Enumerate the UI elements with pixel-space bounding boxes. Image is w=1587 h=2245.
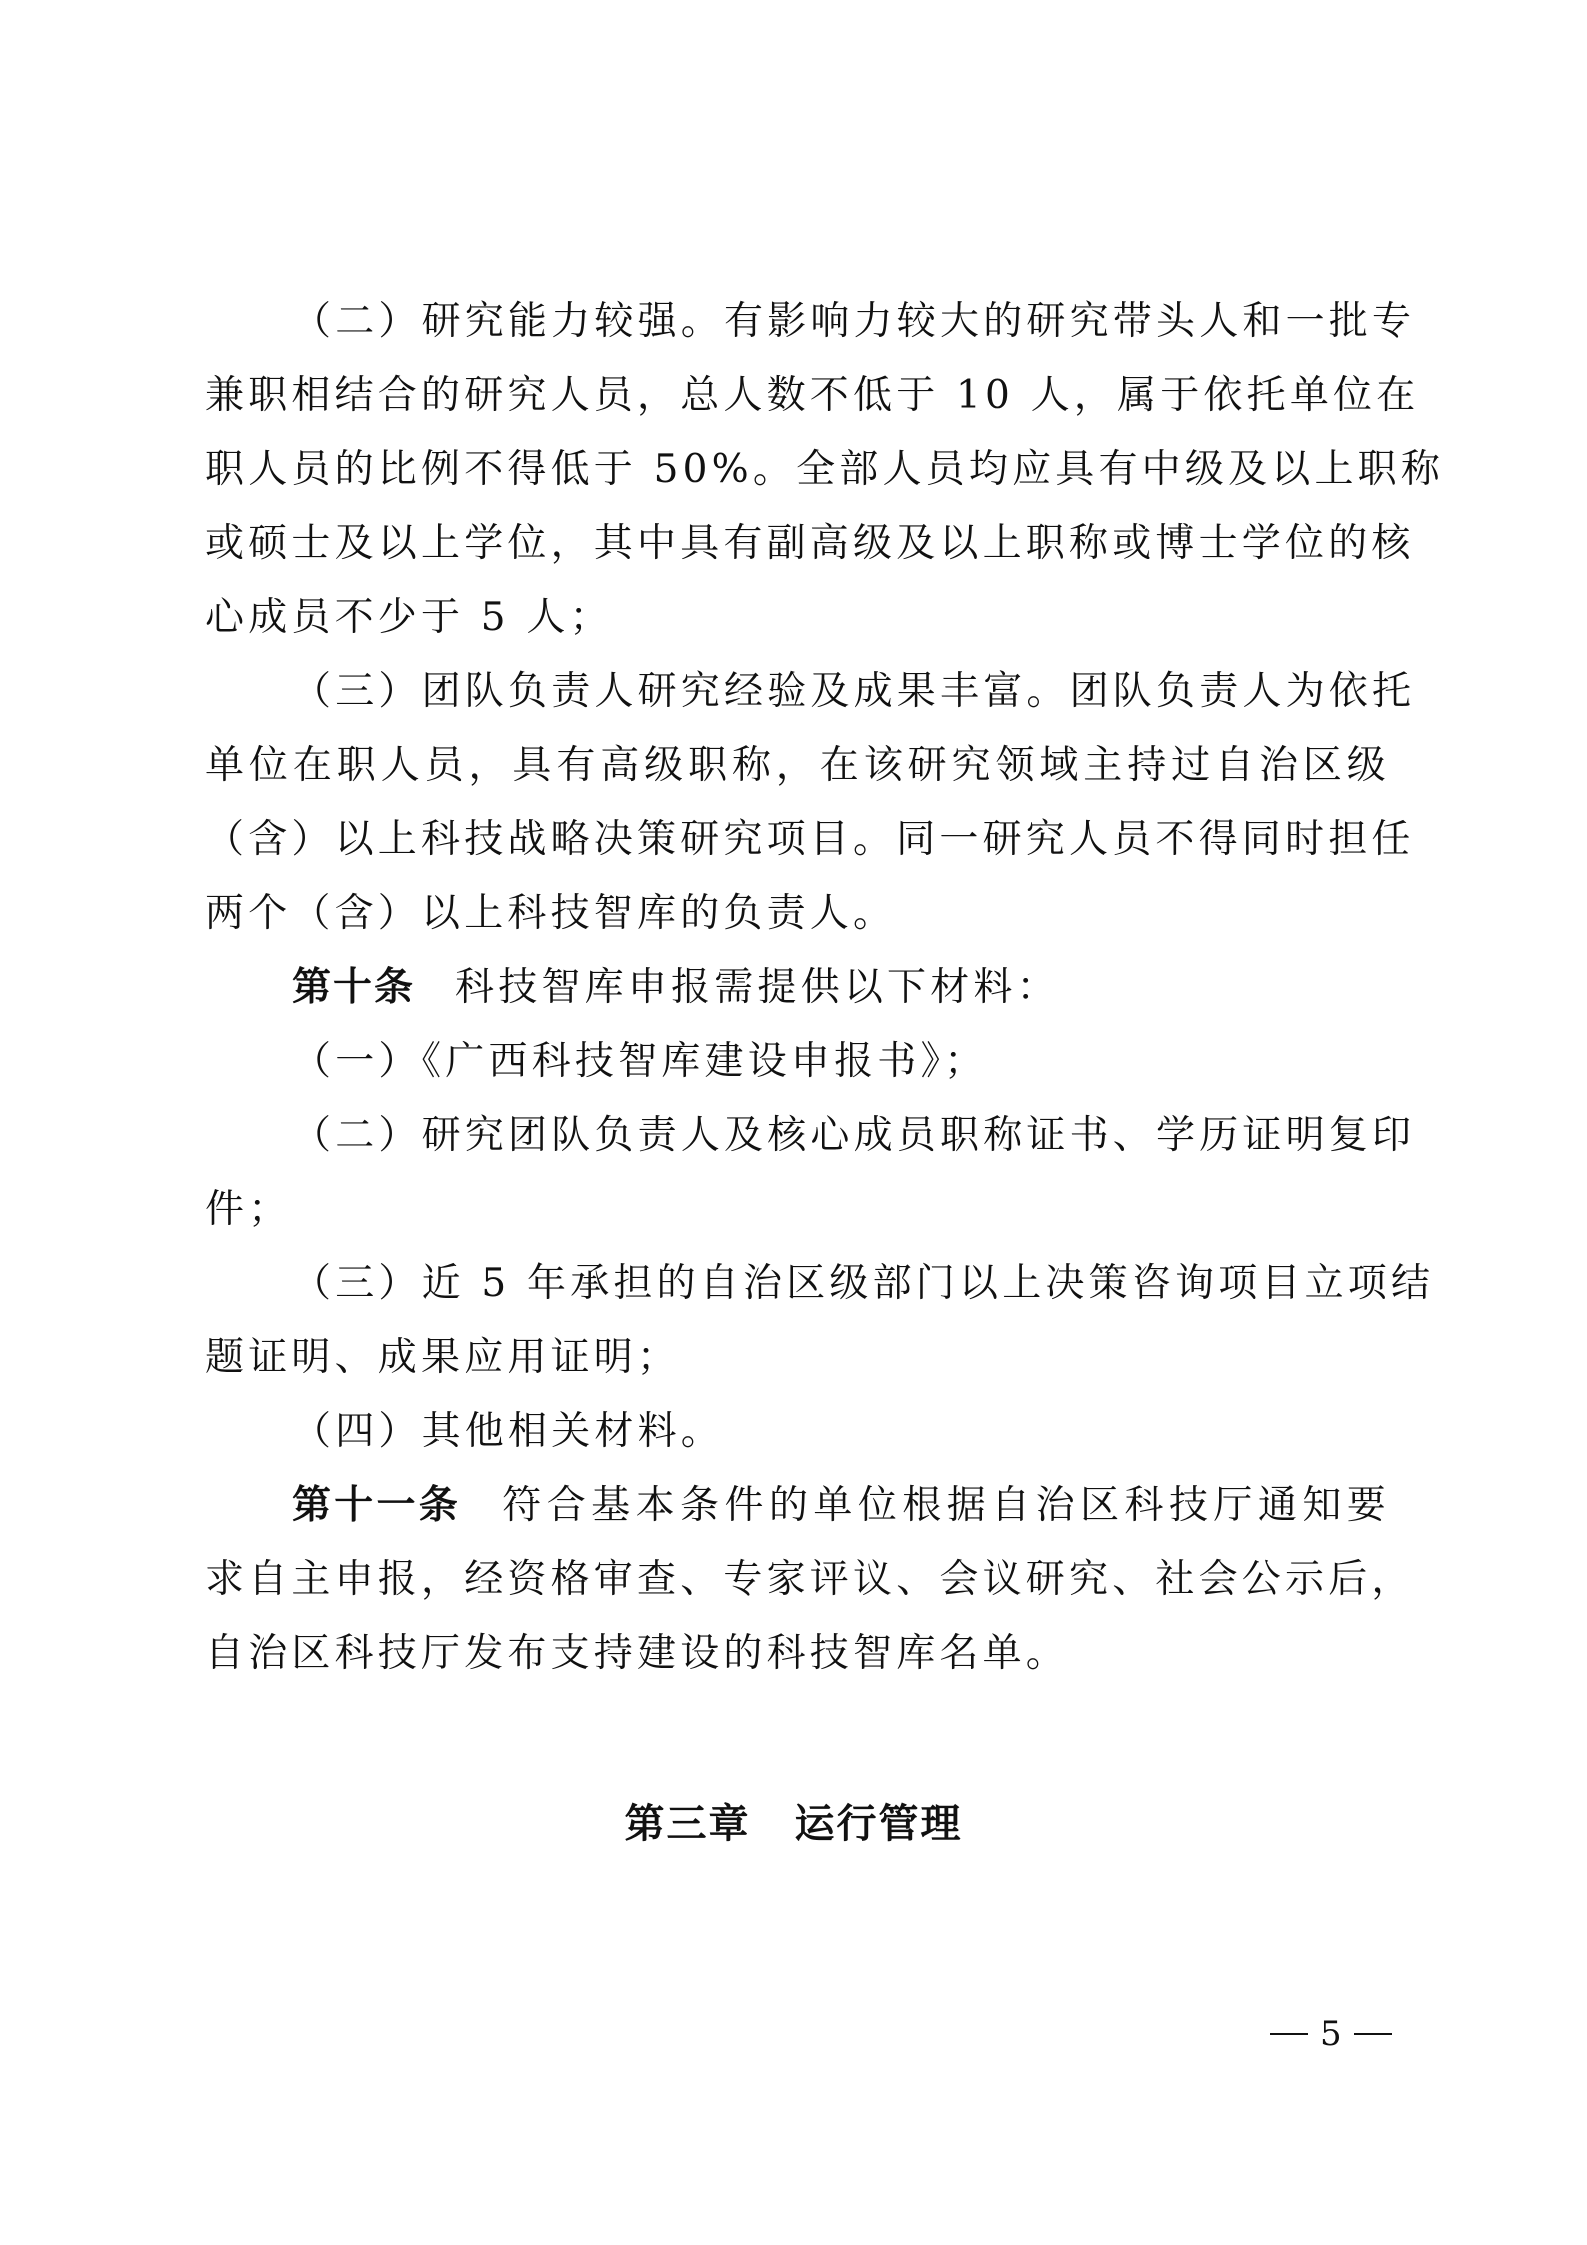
list-item: （二）研究团队负责人及核心成员职称证书、学历证明复印 — [292, 1110, 1390, 1162]
paragraph-line: 求自主申报，经资格审查、专家评议、会议研究、社会公示后， — [205, 1554, 1390, 1606]
document-page: （二）研究能力较强。有影响力较大的研究带头人和一批专 兼职相结合的研究人员，总人… — [0, 0, 1587, 2245]
list-item: （四）其他相关材料。 — [292, 1406, 1390, 1458]
article-10-heading: 第十条科技智库申报需提供以下材料： — [292, 962, 1390, 1014]
chapter-number: 第三章 — [625, 1801, 751, 1847]
paragraph-line: （二）研究能力较强。有影响力较大的研究带头人和一批专 — [292, 296, 1390, 348]
list-item-continuation: 件； — [205, 1184, 1390, 1236]
list-item: （一）《广西科技智库建设申报书》； — [292, 1036, 1390, 1088]
list-item: （三）近 5 年承担的自治区级部门以上决策咨询项目立项结 — [292, 1258, 1390, 1310]
article-10-text: 科技智库申报需提供以下材料： — [455, 965, 1060, 1010]
paragraph-line: （三）团队负责人研究经验及成果丰富。团队负责人为依托 — [292, 666, 1390, 718]
paragraph-line: 两个（含）以上科技智库的负责人。 — [205, 888, 1390, 940]
dash-left-decoration — [1270, 2033, 1308, 2035]
paragraph-line: 职人员的比例不得低于 50%。全部人员均应具有中级及以上职称 — [205, 444, 1390, 496]
article-10-label: 第十条 — [292, 965, 415, 1010]
paragraph-line: （含）以上科技战略决策研究项目。同一研究人员不得同时担任 — [205, 814, 1390, 866]
page-number: 5 — [1270, 2012, 1392, 2056]
chapter-heading: 第三章运行管理 — [0, 1798, 1587, 1850]
dash-right-decoration — [1354, 2033, 1392, 2035]
article-11-text: 符合基本条件的单位根据自治区科技厅通知要 — [501, 1483, 1390, 1528]
paragraph-line: 或硕士及以上学位，其中具有副高级及以上职称或博士学位的核 — [205, 518, 1390, 570]
list-item-continuation: 题证明、成果应用证明； — [205, 1332, 1390, 1384]
paragraph-line: 兼职相结合的研究人员，总人数不低于 10 人，属于依托单位在 — [205, 370, 1390, 422]
paragraph-line: 心成员不少于 5 人； — [205, 592, 1390, 644]
paragraph-line: 自治区科技厅发布支持建设的科技智库名单。 — [205, 1628, 1390, 1680]
article-11-label: 第十一条 — [292, 1483, 461, 1528]
paragraph-line: 单位在职人员，具有高级职称，在该研究领域主持过自治区级 — [205, 740, 1390, 792]
page-number-value: 5 — [1320, 2012, 1342, 2056]
article-11-heading: 第十一条符合基本条件的单位根据自治区科技厅通知要 — [292, 1480, 1390, 1532]
chapter-title: 运行管理 — [795, 1801, 963, 1847]
